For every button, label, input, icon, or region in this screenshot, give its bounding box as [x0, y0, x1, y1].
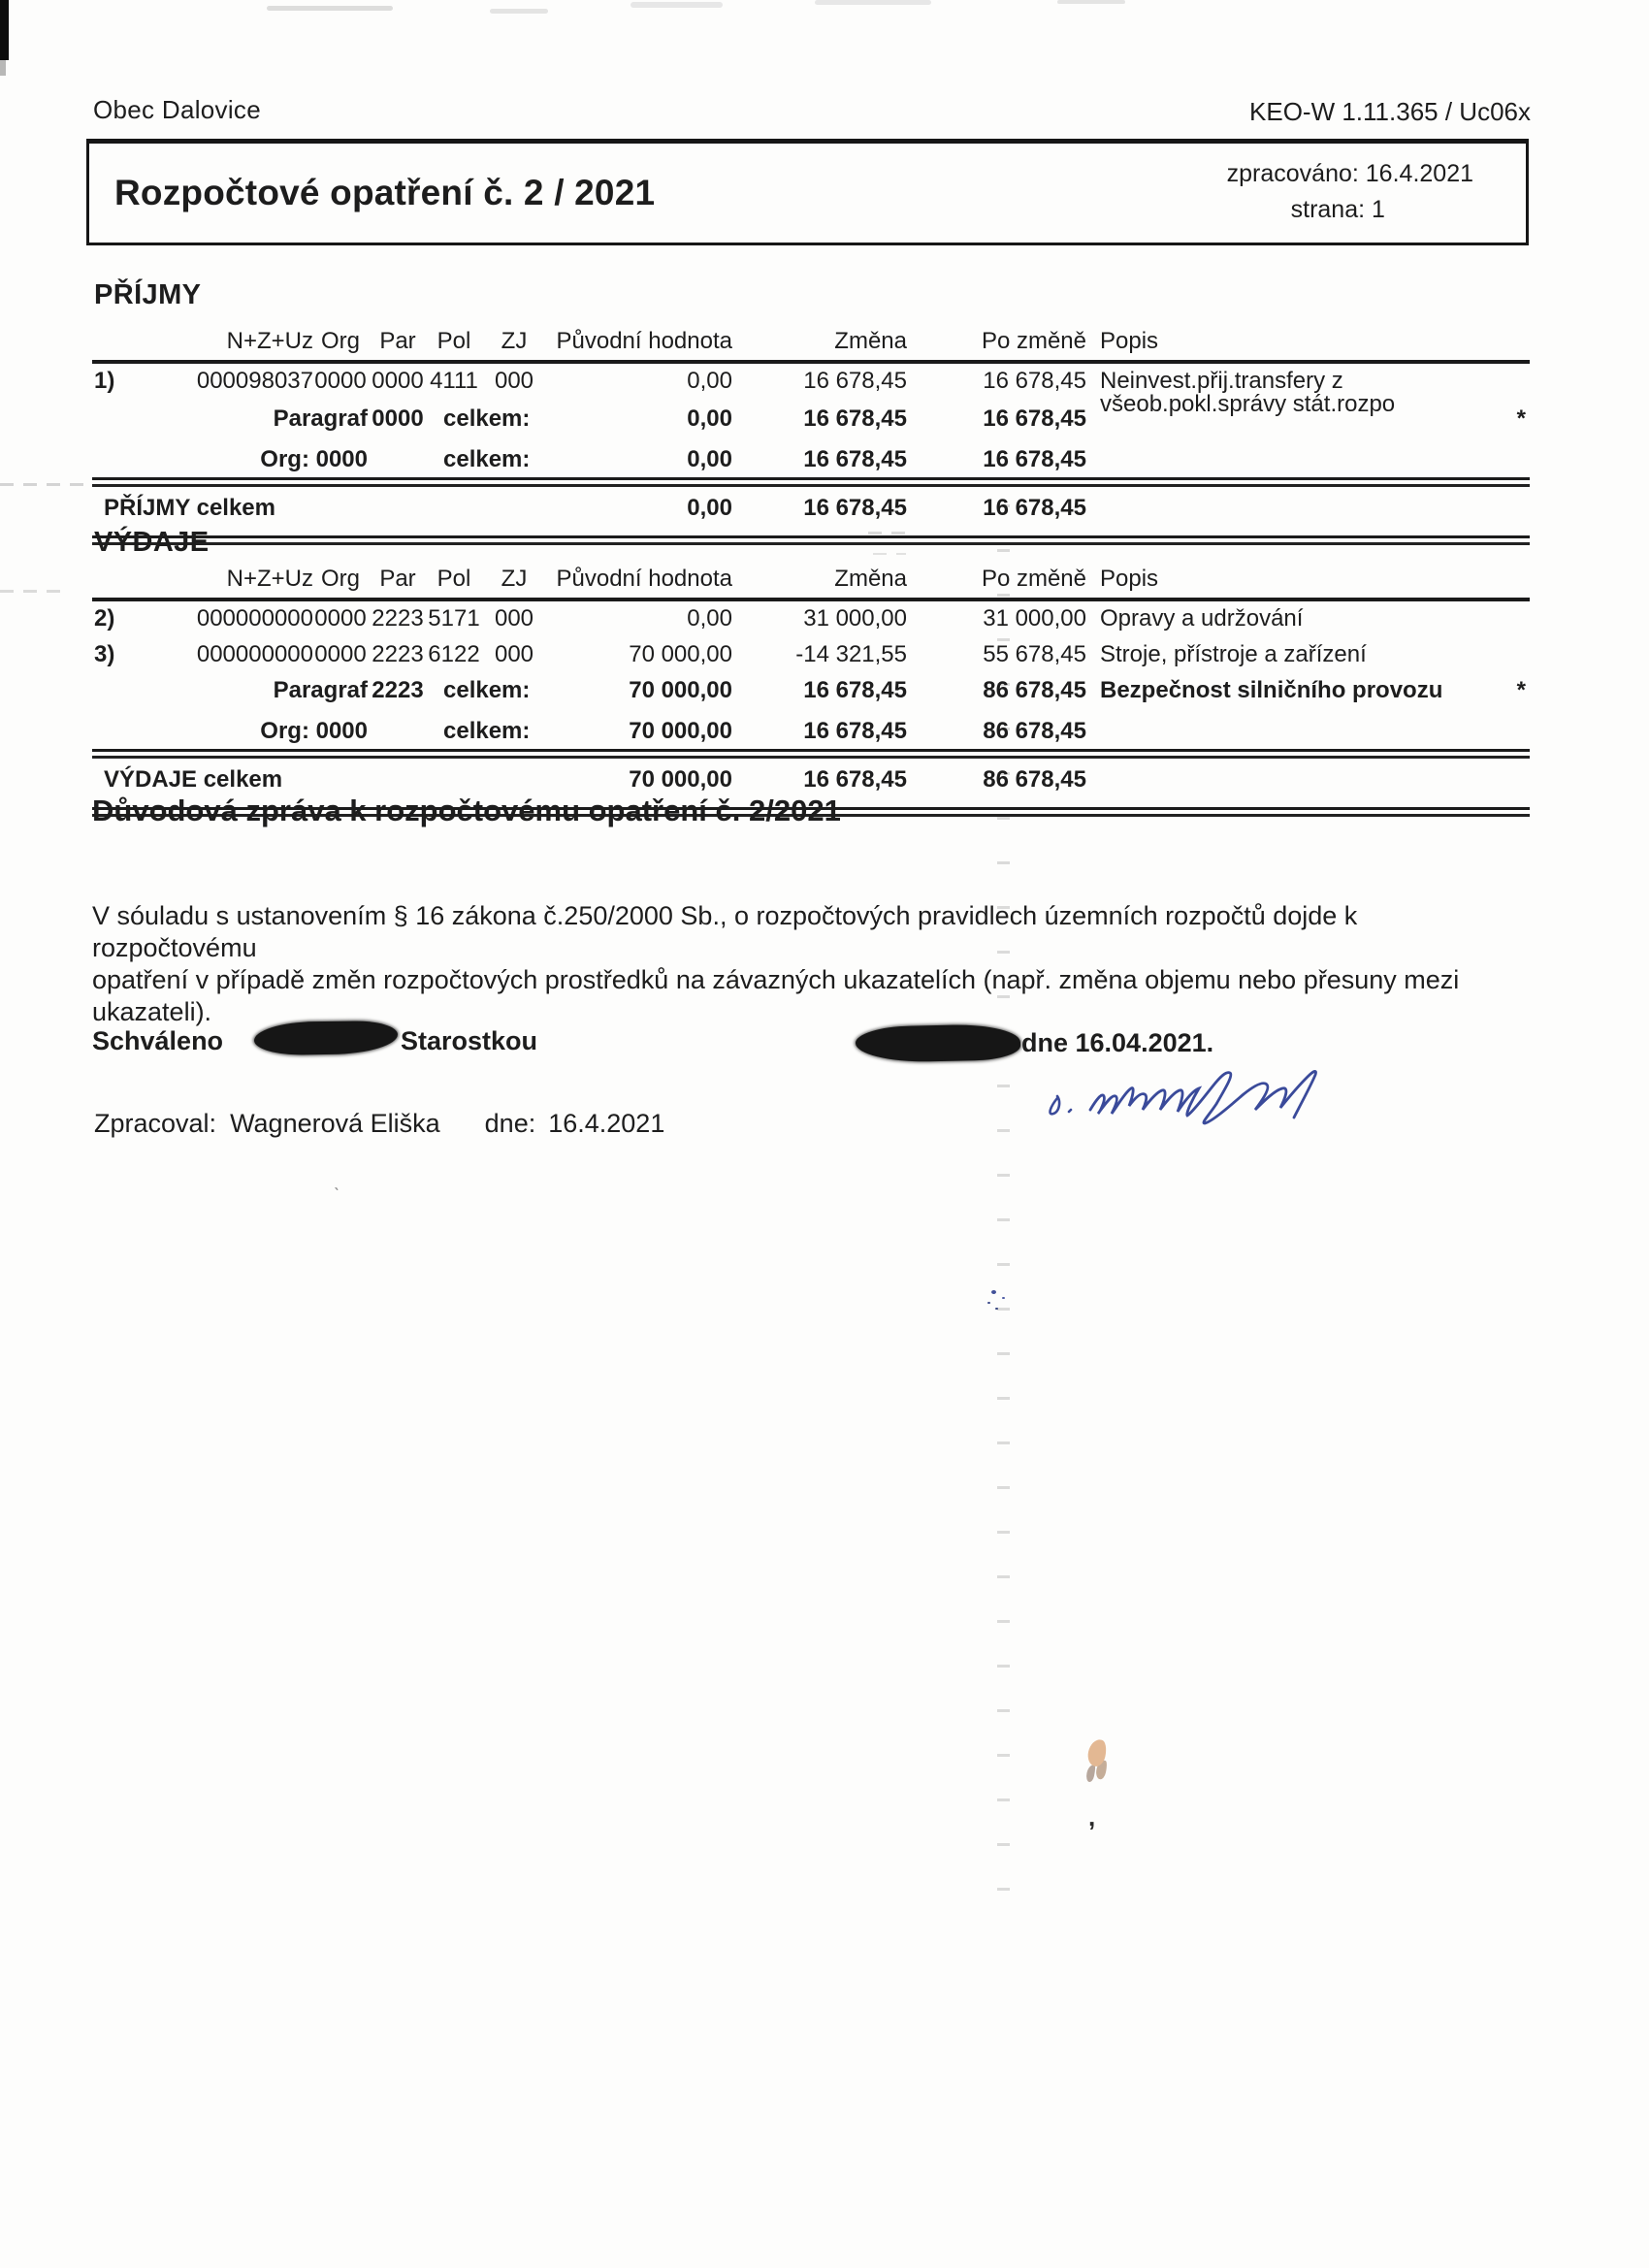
subtotal-star: *	[1517, 407, 1530, 431]
table-rule	[92, 477, 1530, 487]
prepared-date-label: dne:	[485, 1109, 536, 1139]
organization-name: Obec Dalovice	[93, 95, 261, 125]
table-rule	[92, 749, 1530, 759]
col-popis: Popis	[1086, 330, 1530, 353]
redaction-block	[856, 1023, 1021, 1063]
table-row: 1) 000098037 0000 0000 4111 000 0,00 16 …	[92, 364, 1530, 402]
prepared-label: Zpracoval:	[94, 1109, 216, 1139]
prepared-name: Wagnerová Eliška	[230, 1109, 440, 1139]
col-zj: ZJ	[480, 330, 548, 353]
page-line: strana: 1	[1227, 192, 1473, 228]
col-pozmene: Po změně	[907, 330, 1086, 353]
processed-date: 16.4.2021	[1366, 160, 1473, 187]
org-subtotal-row: Org: 0000 celkem: 0,00 16 678,45 16 678,…	[92, 440, 1530, 477]
scan-edge-bar-fade	[0, 60, 6, 76]
row-number: 2)	[92, 607, 139, 631]
scan-smudge	[267, 6, 393, 11]
paragraf-subtotal-row: Paragraf 2223 celkem: 70 000,00 16 678,4…	[92, 673, 1530, 712]
page-number: 1	[1372, 196, 1385, 223]
col-org: Org	[313, 567, 368, 591]
processed-label: zpracováno:	[1227, 160, 1359, 187]
processed-line: zpracováno: 16.4.2021	[1227, 156, 1473, 192]
section-heading-vydaje: VÝDAJE	[94, 527, 209, 559]
report-heading: Důvodová zpráva k rozpočtovému opatření …	[92, 794, 841, 828]
scan-margin-dashes	[0, 483, 89, 486]
ink-speck	[991, 1290, 996, 1294]
scan-smudge	[815, 0, 931, 5]
redaction-block	[254, 1021, 398, 1055]
col-popis: Popis	[1086, 567, 1530, 591]
col-pol: Pol	[428, 330, 480, 353]
subtotal-star: *	[1517, 679, 1530, 702]
col-zj: ZJ	[480, 567, 548, 591]
prepared-date: 16.4.2021	[548, 1109, 664, 1139]
col-org: Org	[313, 330, 368, 353]
approved-label: Schváleno	[92, 1026, 223, 1056]
report-body-line: opatření v případě změn rozpočtových pro…	[92, 964, 1528, 996]
vydaje-header-row: N+Z+Uz Org Par Pol ZJ Původní hodnota Zm…	[92, 567, 1530, 598]
prijmy-total-row: PŘÍJMY celkem 0,00 16 678,45 16 678,45	[92, 487, 1530, 535]
signature-ink	[1040, 1063, 1331, 1136]
scanned-document-page: , ˎ Obec Dalovice KEO-W 1.11.365 / Uc06x…	[0, 0, 1649, 2268]
col-zmena: Změna	[732, 330, 907, 353]
prijmy-table: N+Z+Uz Org Par Pol ZJ Původní hodnota Zm…	[92, 330, 1530, 545]
col-nzuz: N+Z+Uz	[139, 330, 313, 353]
scan-dashes	[873, 553, 906, 555]
col-pozmene: Po změně	[907, 567, 1086, 591]
scan-margin-dashes	[0, 590, 60, 593]
scan-edge-bar	[0, 0, 9, 60]
row-description: Stroje, přístroje a zařízení	[1100, 643, 1367, 666]
row-number: 1)	[92, 370, 139, 393]
row-number: 3)	[92, 643, 139, 666]
document-title: Rozpočtové opatření č. 2 / 2021	[114, 173, 655, 213]
table-row: 3) 000000000 0000 2223 6122 000 70 000,0…	[92, 637, 1530, 673]
col-par: Par	[368, 330, 428, 353]
title-meta: zpracováno: 16.4.2021 strana: 1	[1227, 156, 1473, 228]
col-par: Par	[368, 567, 428, 591]
system-version: KEO-W 1.11.365 / Uc06x	[1249, 97, 1531, 127]
prijmy-header-row: N+Z+Uz Org Par Pol ZJ Původní hodnota Zm…	[92, 330, 1530, 360]
col-puvodni: Původní hodnota	[548, 567, 732, 591]
row-description: Opravy a udržování	[1100, 607, 1303, 631]
scan-smudge	[1057, 0, 1125, 4]
report-body-line: V sóuladu s ustanovením § 16 zákona č.25…	[92, 900, 1528, 964]
scan-smudge	[630, 2, 723, 8]
report-body: V sóuladu s ustanovením § 16 zákona č.25…	[92, 900, 1528, 1028]
scan-mark: ˎ	[334, 1170, 340, 1192]
section-heading-prijmy: PŘÍJMY	[94, 279, 201, 311]
scan-mark: ,	[1088, 1802, 1095, 1832]
col-zmena: Změna	[732, 567, 907, 591]
approved-by: Starostkou	[401, 1026, 537, 1056]
prepared-row: Zpracoval:Wagnerová Eliškadne:16.4.2021	[94, 1109, 664, 1139]
scan-stain	[1085, 1737, 1108, 1767]
col-puvodni: Původní hodnota	[548, 330, 732, 353]
page-label: strana:	[1291, 196, 1365, 223]
scan-smudge	[490, 9, 548, 14]
approved-date: dne 16.04.2021.	[1021, 1028, 1213, 1058]
title-box: Rozpočtové opatření č. 2 / 2021 zpracová…	[86, 139, 1529, 245]
paragraf-subtotal-row: Paragraf 0000 celkem: 0,00 16 678,45 16 …	[92, 402, 1530, 440]
col-pol: Pol	[428, 567, 480, 591]
table-rule	[92, 535, 1530, 545]
col-nzuz: N+Z+Uz	[139, 567, 313, 591]
org-subtotal-row: Org: 0000 celkem: 70 000,00 16 678,45 86…	[92, 712, 1530, 749]
vydaje-table: N+Z+Uz Org Par Pol ZJ Původní hodnota Zm…	[92, 567, 1530, 817]
table-row: 2) 000000000 0000 2223 5171 000 0,00 31 …	[92, 601, 1530, 637]
